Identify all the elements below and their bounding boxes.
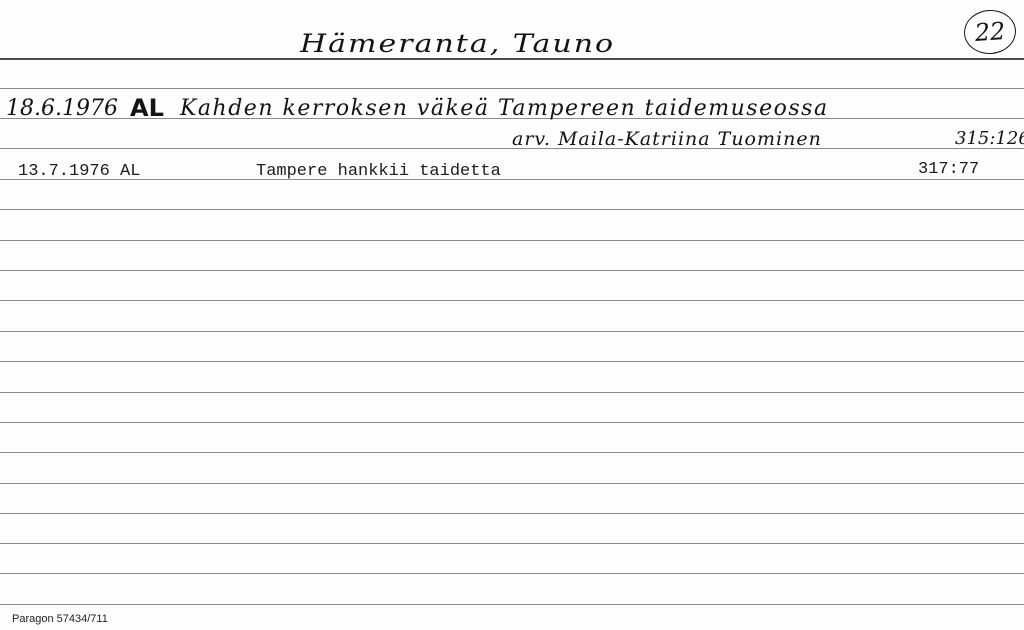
ruled-line [0, 58, 1024, 60]
entry-2-date: 13.7.1976 AL [18, 162, 140, 181]
entry-2-title: Tampere hankkii taidetta [256, 162, 501, 181]
entry-1-title: Kahden kerroksen väkeä Tampereen taidemu… [180, 96, 829, 121]
ruled-line [0, 392, 1024, 393]
ruled-line [0, 300, 1024, 301]
ruled-line [0, 88, 1024, 89]
ruled-line [0, 452, 1024, 453]
ruled-line [0, 270, 1024, 271]
ruled-line [0, 209, 1024, 210]
entry-1-source: AL [130, 94, 164, 122]
entry-2-reference: 317:77 [918, 160, 979, 179]
entry-1-reference: 315:126 [955, 128, 1024, 149]
ruled-line [0, 422, 1024, 423]
ruled-line [0, 543, 1024, 544]
ruled-line [0, 483, 1024, 484]
ruled-line [0, 179, 1024, 180]
ruled-line [0, 240, 1024, 241]
entry-1-date: 18.6.1976 [6, 96, 118, 121]
entry-1-author: arv. Maila-Katriina Tuominen [512, 128, 822, 150]
card-heading-name: Hämeranta, Tauno [300, 29, 615, 59]
ruled-line [0, 331, 1024, 332]
ruled-line [0, 513, 1024, 514]
index-card: Hämeranta, Tauno 22 18.6.1976 AL Kahden … [0, 0, 1024, 630]
ruled-line [0, 604, 1024, 605]
ruled-line [0, 361, 1024, 362]
card-number-circled: 22 [963, 8, 1018, 56]
ruled-line [0, 573, 1024, 574]
card-print-footer: Paragon 57434/711 [12, 613, 108, 625]
